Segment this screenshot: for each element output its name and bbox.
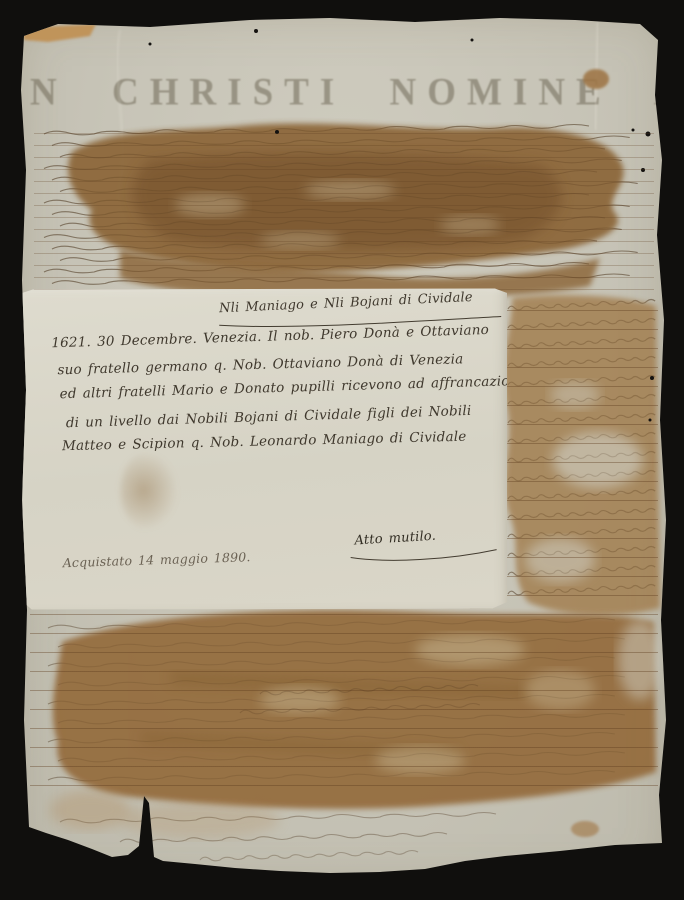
ruled-lines-upper [34,122,654,290]
right-stain [504,69,660,615]
mutilated-act-annotation: Atto mutilo. [354,529,436,549]
note-heading: Nli Maniago e Nli Bojani di Cividale [219,290,473,316]
scan-backdrop: N CHRISTI NOMINE AMEN [0,0,684,900]
note-line: suo fratello germano q. Nob. Ottaviano D… [57,351,463,378]
note-line: di un livello dai Nobili Bojani di Civid… [66,403,472,431]
upper-stain [68,123,624,298]
manuscript-title: N CHRISTI NOMINE AMEN [30,69,655,118]
lower-stain [50,610,662,838]
acquisition-note: Acquistato 14 maggio 1890. [62,549,250,570]
note-line: ed altri fratelli Mario e Donato pupilli… [59,373,526,402]
annotation-flourish [349,547,503,566]
archival-slip: Nli Maniago e Nli Bojani di Cividale 162… [21,287,509,612]
note-line: Matteo e Scipion q. Nob. Leonardo Maniag… [62,429,467,455]
note-stain [120,451,178,531]
manuscript-page: N CHRISTI NOMINE AMEN [0,0,684,900]
torn-corner-tint [22,24,96,42]
